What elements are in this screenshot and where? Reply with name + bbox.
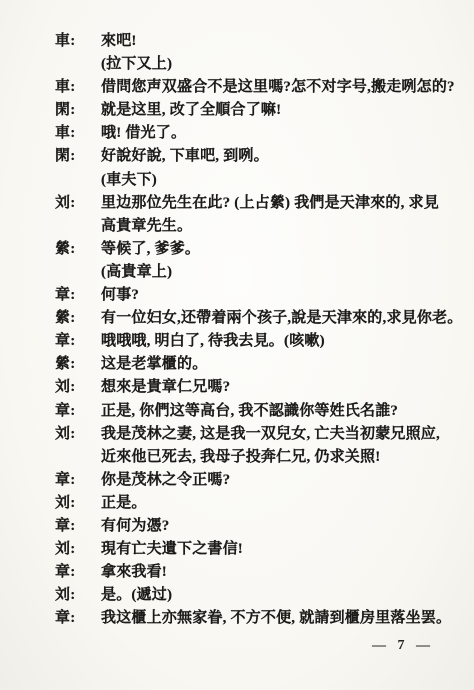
script-line: (拉下又上) [55,53,466,76]
script-line: 車:來吧! [55,30,466,53]
dialogue-text: 有一位妇女,还帶着兩个孩子,說是天津來的,求見你老。 [101,307,462,330]
speaker-label: 章: [55,400,101,423]
dialogue-text: 好說好說, 下車吧, 到咧。 [101,145,269,168]
dialogue-text: 想來是貴章仁兄嗎? [101,376,230,399]
script-line: 章:拿來我看! [55,561,466,584]
dialogue-text: 我这櫃上亦無家眷, 不方不便, 就請到櫃房里落坐罢。 [101,607,451,630]
script-line: 刘:現有亡夫遺下之書信! [55,538,466,561]
speaker-label: 章: [55,284,101,307]
dialogue-text: 近來他已死去, 我母子投奔仁兄, 仍求关照! [101,446,380,469]
script-line: 高貴章先生。 [55,215,466,238]
script-line: 刘:里边那位先生在此? (上占縈) 我們是天津來的, 求見 [55,192,466,215]
script-line: (高貴章上) [55,261,466,284]
script-line: 車:借問您声双盛合不是这里嗎?怎不对字号,搬走咧怎的? [55,76,466,99]
speaker-label: 刘: [55,538,101,561]
speaker-label: 車: [55,30,101,53]
dialogue-text: 就是这里, 改了全順合了嘛! [101,99,281,122]
script-line: 章:何事? [55,284,466,307]
dialogue-text: 是。(遞过) [101,584,172,607]
speaker-label: 車: [55,122,101,145]
script-text-block: 車:來吧!(拉下又上)車:借問您声双盛合不是这里嗎?怎不对字号,搬走咧怎的?閑:… [55,30,466,630]
speaker-label: 刘: [55,423,101,446]
script-line: 章:你是茂林之令正嗎? [55,469,466,492]
page-number: — 7 — [372,638,434,654]
speaker-label: 章: [55,607,101,630]
speaker-label: 縈: [55,238,101,261]
script-line: 章:哦哦哦, 明白了, 待我去見。(咳嗽) [55,330,466,353]
speaker-label: 閑: [55,99,101,122]
dialogue-text: (拉下又上) [101,53,172,76]
dialogue-text: 等候了, 爹爹。 [101,238,200,261]
speaker-label: 章: [55,515,101,538]
speaker-label: 章: [55,469,101,492]
dialogue-text: 來吧! [101,30,137,53]
dialogue-text: 我是茂林之妻, 这是我一双兒女, 亡夫当初蒙兄照应, [101,423,440,446]
dialogue-text: 哦哦哦, 明白了, 待我去見。(咳嗽) [101,330,325,353]
script-line: 車:哦! 借光了。 [55,122,466,145]
script-line: 刘:正是。 [55,492,466,515]
dialogue-text: 正是。 [101,492,147,515]
dialogue-text: 你是茂林之令正嗎? [101,469,230,492]
speaker-label: 章: [55,561,101,584]
dialogue-text: 拿來我看! [101,561,167,584]
speaker-label: 縈: [55,307,101,330]
speaker-label: 章: [55,330,101,353]
script-line: 刘:是。(遞过) [55,584,466,607]
script-line: 縈:有一位妇女,还帶着兩个孩子,說是天津來的,求見你老。 [55,307,466,330]
dialogue-text: 現有亡夫遺下之書信! [101,538,243,561]
script-line: 縈:等候了, 爹爹。 [55,238,466,261]
speaker-label: 縈: [55,353,101,376]
dialogue-text: 借問您声双盛合不是这里嗎?怎不对字号,搬走咧怎的? [101,76,455,99]
speaker-label: 刘: [55,192,101,215]
script-line: 近來他已死去, 我母子投奔仁兄, 仍求关照! [55,446,466,469]
dialogue-text: (車夫下) [101,169,157,192]
script-line: 章:有何为憑? [55,515,466,538]
dialogue-text: 正是, 你們这等高台, 我不認識你等姓氏名誰? [101,400,398,423]
dialogue-text: 哦! 借光了。 [101,122,186,145]
dialogue-text: 何事? [101,284,139,307]
script-line: (車夫下) [55,169,466,192]
dialogue-text: 里边那位先生在此? (上占縈) 我們是天津來的, 求見 [101,192,439,215]
dialogue-text: (高貴章上) [101,261,172,284]
speaker-label: 刘: [55,584,101,607]
speaker-label: 車: [55,76,101,99]
script-line: 章:我这櫃上亦無家眷, 不方不便, 就請到櫃房里落坐罢。 [55,607,466,630]
dialogue-text: 这是老掌櫃的。 [101,353,207,376]
speaker-label: 閑: [55,145,101,168]
script-line: 刘:我是茂林之妻, 这是我一双兒女, 亡夫当初蒙兄照应, [55,423,466,446]
speaker-label: 刘: [55,376,101,399]
script-line: 閑:好說好說, 下車吧, 到咧。 [55,145,466,168]
script-line: 刘:想來是貴章仁兄嗎? [55,376,466,399]
dialogue-text: 有何为憑? [101,515,170,538]
script-line: 縈:这是老掌櫃的。 [55,353,466,376]
script-line: 閑:就是这里, 改了全順合了嘛! [55,99,466,122]
script-line: 章:正是, 你們这等高台, 我不認識你等姓氏名誰? [55,400,466,423]
speaker-label: 刘: [55,492,101,515]
dialogue-text: 高貴章先生。 [101,215,192,238]
